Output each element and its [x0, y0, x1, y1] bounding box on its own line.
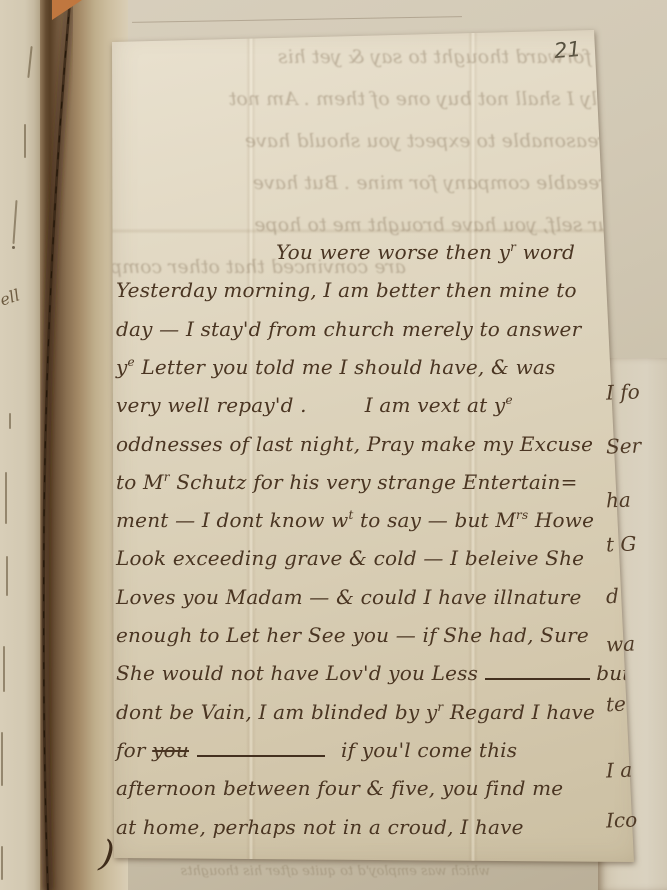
page-fragment: I fo — [606, 379, 641, 404]
ghost-line: agreeable company for mine . But have — [111, 172, 633, 194]
letter-line: ment — I dont know wt to say — but Mrs H… — [116, 508, 632, 546]
superscript: rs — [516, 508, 528, 522]
page-fragments: I foSerhat GdwateI aIco — [598, 358, 667, 890]
ghost-line: your self, you have brought me to hope — [111, 214, 633, 236]
letter-line: at home, perhaps not in a croud, I have — [116, 815, 632, 853]
page-fragment: I a — [606, 758, 633, 783]
ink-dash-rule — [197, 744, 325, 757]
page-fragment: Ico — [606, 807, 638, 832]
letter-line: dont be Vain, I am blinded by yr Regard … — [116, 700, 632, 738]
letter-line: for youif you'l come this — [116, 738, 632, 776]
letter-line: enough to Let her See you — if She had, … — [116, 623, 632, 661]
letter-line: to Mr Schutz for his very strange Entert… — [116, 470, 632, 508]
ghost-line: you forward thought to say & yet his — [111, 46, 633, 68]
letter-line: You were worse then yr word — [116, 240, 632, 278]
ghost-line: unreasonable to expect you should have — [111, 130, 633, 152]
letter-line: day — I stay'd from church merely to ans… — [116, 317, 632, 355]
page-fragment: t G — [606, 531, 637, 556]
letter-line: Loves you Madam — & could I have illnatu… — [116, 585, 632, 623]
struck-word: you — [152, 738, 189, 762]
letter-wrap: 21 you forward thought to say & yet hisl… — [0, 0, 667, 890]
letter-line: Yesterday morning, I am better then mine… — [116, 278, 632, 316]
page-fragment: wa — [606, 632, 636, 657]
manuscript-photo: ell which was employ'd to quite after hi… — [0, 0, 667, 890]
page-fragment: ha — [606, 488, 632, 513]
ink-dash-rule — [485, 667, 590, 680]
superscript: e — [128, 355, 135, 369]
letter-line: very well repay'd .I am vext at ye — [116, 393, 632, 431]
page-fragment: te — [606, 692, 627, 717]
letter-sheet: 21 you forward thought to say & yet hisl… — [106, 22, 646, 870]
letter-line: She would not have Lov'd you Less but — [116, 661, 632, 699]
letter-line: afternoon between four & five, you find … — [116, 776, 632, 814]
superscript: e — [505, 393, 512, 407]
ghost-line: likely I shall not buy one of them . Am … — [111, 88, 633, 110]
letter-line: oddnesses of last night, Pray make my Ex… — [116, 432, 632, 470]
page-fragment: Ser — [606, 433, 642, 458]
page-fragment: d — [606, 584, 620, 608]
letter-line: Look exceeding grave & cold — I beleive … — [116, 546, 632, 584]
letter-line: ye Letter you told me I should have, & w… — [116, 355, 632, 393]
